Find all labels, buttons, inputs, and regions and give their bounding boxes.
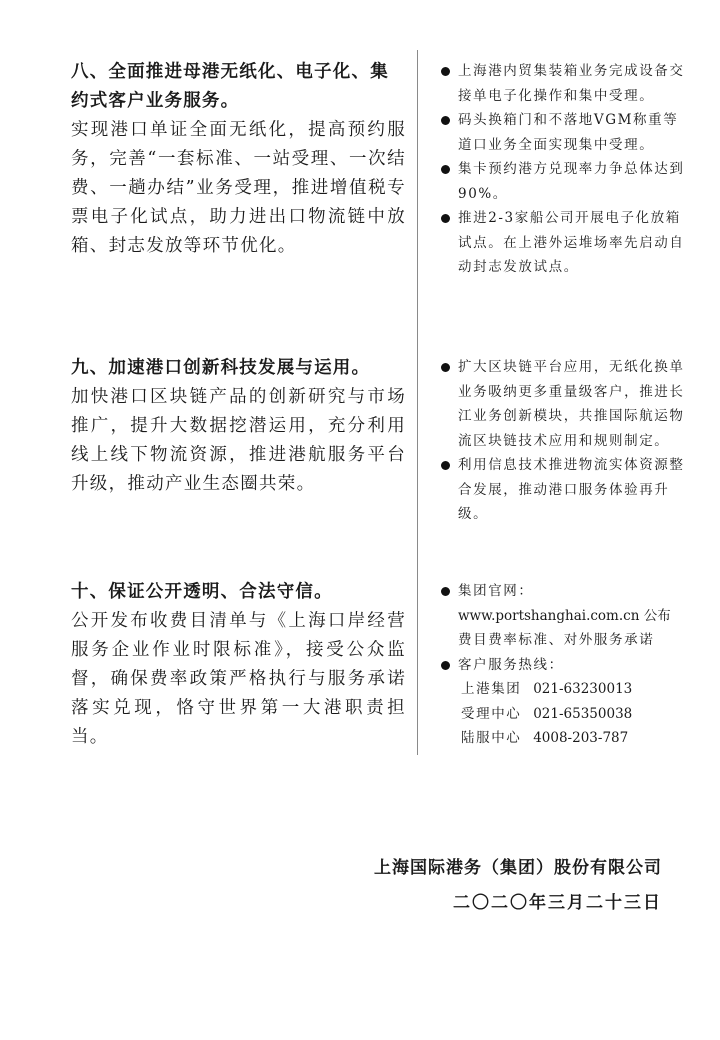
company-signature: 上海国际港务（集团）股份有限公司 bbox=[374, 853, 662, 878]
bullet-item: 码头换箱门和不落地VGM称重等道口业务全面实现集中受理。 bbox=[440, 108, 690, 157]
section-9-left: 九、加速港口创新科技发展与运用。 加快港口区块链产品的创新研究与市场推广，提升大… bbox=[71, 354, 406, 499]
section-8-title: 八、全面推进母港无纸化、电子化、集约式客户业务服务。 bbox=[71, 58, 406, 116]
bullet-dot-icon bbox=[441, 116, 450, 125]
section-8-body: 实现港口单证全面无纸化，提高预约服务，完善“一套标准、一站受理、一次结费、一趟办… bbox=[71, 116, 406, 261]
hotline-row: 上港集团 021-63230013 bbox=[458, 677, 690, 702]
section-8-left: 八、全面推进母港无纸化、电子化、集约式客户业务服务。 实现港口单证全面无纸化，提… bbox=[71, 58, 406, 261]
bullet-dot-icon bbox=[441, 461, 450, 470]
bullet-item: 推进2-3家船公司开展电子化放箱试点。在上港外运堆场率先启动自动封志发放试点。 bbox=[440, 206, 690, 280]
bullet-item: 上海港内贸集装箱业务完成设备交接单电子化操作和集中受理。 bbox=[440, 59, 690, 108]
section-10-left: 十、保证公开透明、合法守信。 公开发布收费目清单与《上海口岸经营服务企业作业时限… bbox=[71, 578, 406, 752]
bullet-item: 集卡预约港方兑现率力争总体达到90%。 bbox=[440, 157, 690, 206]
section-9-body: 加快港口区块链产品的创新研究与市场推广，提升大数据挖潜运用，充分利用线上线下物流… bbox=[71, 383, 406, 499]
bullet-item-hotline: 客户服务热线： 上港集团 021-63230013 受理中心 021-65350… bbox=[440, 653, 690, 751]
bullet-dot-icon bbox=[441, 67, 450, 76]
section-8-bullets: 上海港内贸集装箱业务完成设备交接单电子化操作和集中受理。 码头换箱门和不落地VG… bbox=[440, 59, 690, 280]
bullet-item-website: 集团官网： www.portshanghai.com.cn 公布 费目费率标准、… bbox=[440, 579, 690, 653]
section-9-bullets: 扩大区块链平台应用，无纸化换单业务吸纳更多重量级客户，推进长江业务创新模块，共推… bbox=[440, 355, 690, 527]
section-10-body: 公开发布收费目清单与《上海口岸经营服务企业作业时限标准》，接受公众监督，确保费率… bbox=[71, 607, 406, 752]
phone-number: 4008-203-787 bbox=[533, 730, 628, 746]
website-link[interactable]: www.portshanghai.com.cn bbox=[458, 608, 639, 624]
hotline-row: 受理中心 021-65350038 bbox=[458, 702, 690, 727]
column-divider bbox=[417, 50, 418, 755]
bullet-item: 扩大区块链平台应用，无纸化换单业务吸纳更多重量级客户，推进长江业务创新模块，共推… bbox=[440, 355, 690, 453]
section-10-bullets: 集团官网： www.portshanghai.com.cn 公布 费目费率标准、… bbox=[440, 579, 690, 751]
section-10-title: 十、保证公开透明、合法守信。 bbox=[71, 578, 406, 607]
phone-number: 021-63230013 bbox=[533, 681, 632, 697]
bullet-dot-icon bbox=[441, 587, 450, 596]
signature-date: 二〇二〇年三月二十三日 bbox=[453, 888, 662, 913]
bullet-dot-icon bbox=[441, 214, 450, 223]
bullet-dot-icon bbox=[441, 363, 450, 372]
bullet-dot-icon bbox=[441, 165, 450, 174]
hotline-row: 陆服中心 4008-203-787 bbox=[458, 726, 690, 751]
bullet-item: 利用信息技术推进物流实体资源整合发展，推动港口服务体验再升级。 bbox=[440, 453, 690, 527]
bullet-dot-icon bbox=[441, 661, 450, 670]
phone-number: 021-65350038 bbox=[533, 706, 632, 722]
section-9-title: 九、加速港口创新科技发展与运用。 bbox=[71, 354, 406, 383]
